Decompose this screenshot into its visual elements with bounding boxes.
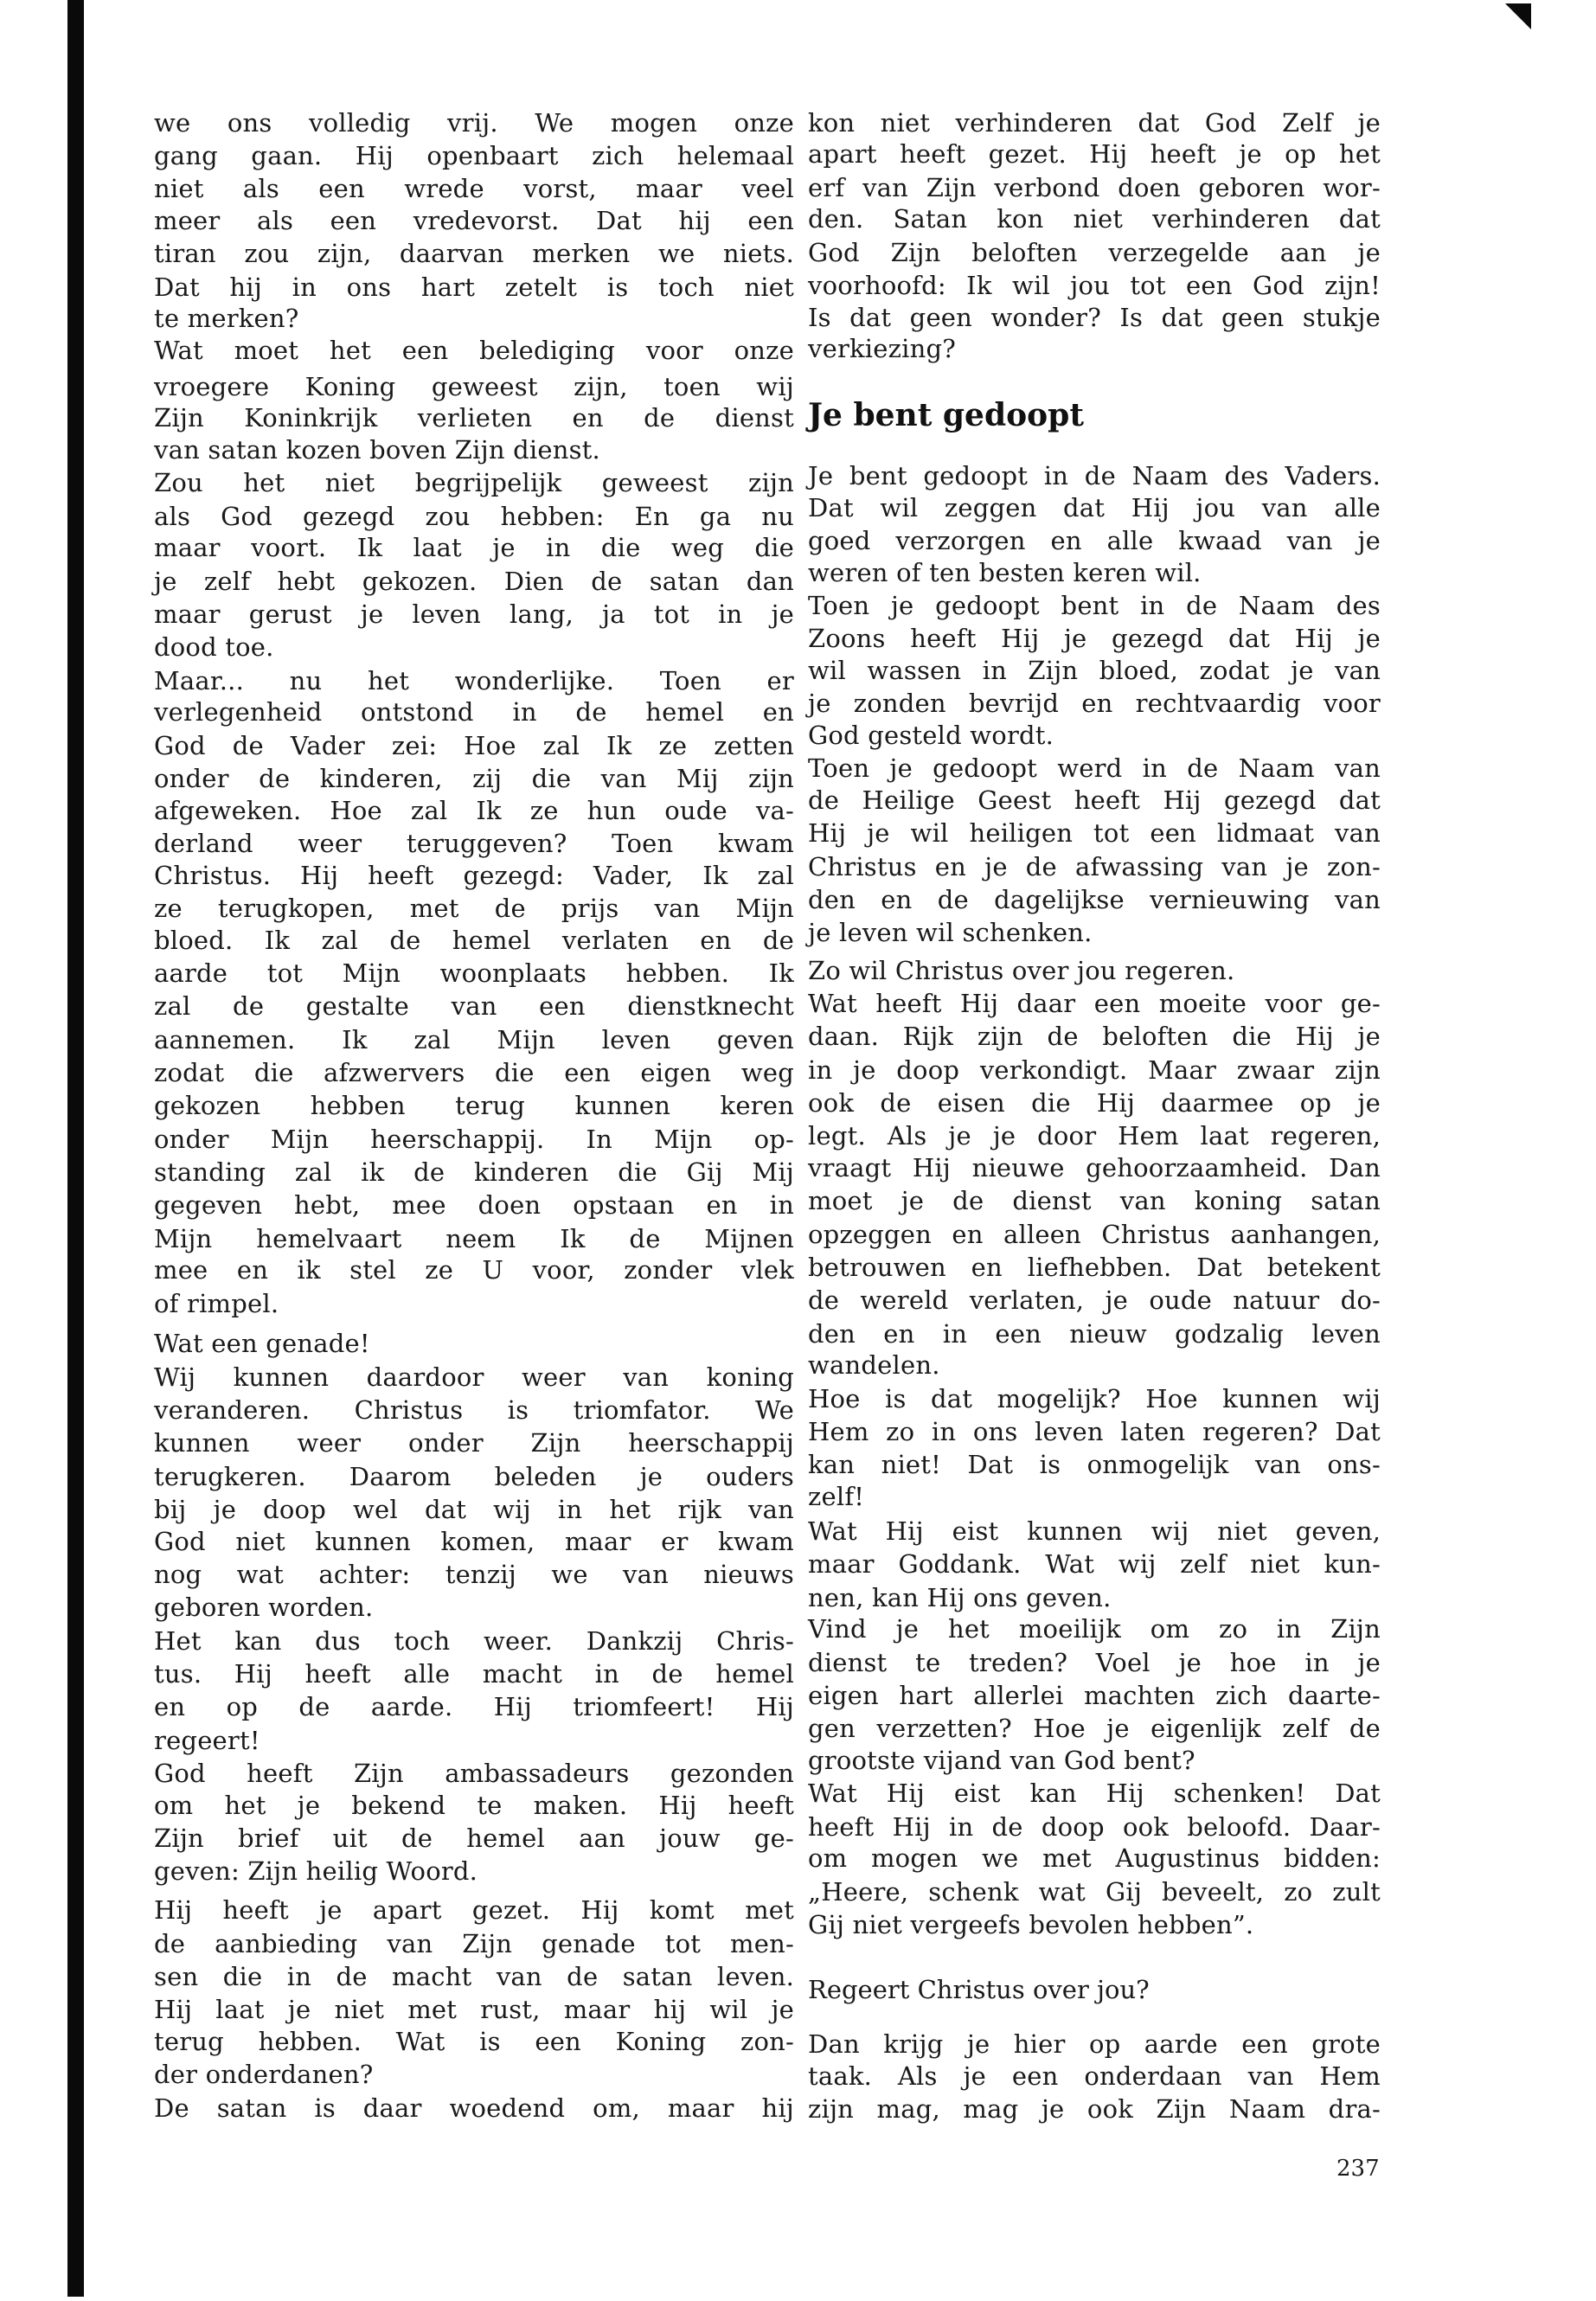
text-line: onder de kinderen, zij die van Mij zijn (154, 762, 794, 795)
text-line: Je bent gedoopt in de Naam des Vaders. (808, 459, 1381, 492)
text-line: we ons volledig vrij. We mogen onze (154, 106, 794, 139)
text-line: God Zijn beloften verzegelde aan je (808, 236, 1381, 269)
text-line: Hoe is dat mogelijk? Hoe kunnen wij (808, 1382, 1381, 1415)
text-line: dienst te treden? Voel je hoe in je (808, 1646, 1381, 1679)
text-line: als God gezegd zou hebben: En ga nu (154, 500, 794, 533)
text-line: Hem zo in ons leven laten regeren? Dat (808, 1415, 1381, 1448)
text-line: Zo wil Christus over jou regeren. (808, 954, 1381, 987)
text-line: de wereld verlaten, je oude natuur do- (808, 1284, 1381, 1317)
text-line: grootste vijand van God bent? (808, 1744, 1381, 1777)
text-line: Zijn brief uit de hemel aan jouw ge- (154, 1822, 794, 1855)
text-line: moet je de dienst van koning satan (808, 1184, 1381, 1217)
text-line: Christus. Hij heeft gezegd: Vader, Ik za… (154, 859, 794, 892)
text-line: je zonden bevrijd en rechtvaardig voor (808, 687, 1381, 720)
text-line: terugkeren. Daarom beleden je ouders (154, 1460, 794, 1493)
text-line: geboren worden. (154, 1591, 794, 1624)
text-line: terug hebben. Wat is een Koning zon- (154, 2025, 794, 2058)
text-line: Hij heeft je apart gezet. Hij komt met (154, 1894, 794, 1926)
text-line: wandelen. (808, 1349, 1381, 1381)
text-line: om mogen we met Augustinus bidden: (808, 1842, 1381, 1875)
page-number: 237 (1336, 2156, 1380, 2182)
text-line: gegeven hebt, mee doen opstaan en in (154, 1189, 794, 1221)
text-line: of rimpel. (154, 1287, 794, 1320)
text-line: De satan is daar woedend om, maar hij (154, 2092, 794, 2125)
text-line: zodat die afzwervers die een eigen weg (154, 1056, 794, 1089)
text-line: God gesteld wordt. (808, 719, 1381, 752)
text-line: maar Goddank. Wat wij zelf niet kun- (808, 1548, 1381, 1580)
text-line: opzeggen en alleen Christus aanhangen, (808, 1218, 1381, 1251)
text-line: Wat Hij eist kan Hij schenken! Dat (808, 1777, 1381, 1810)
text-line: sen die in de macht van de satan leven. (154, 1960, 794, 1993)
text-line: Vind je het moeilijk om zo in Zijn (808, 1612, 1381, 1645)
text-line: eigen hart allerlei machten zich daarte- (808, 1679, 1381, 1712)
text-line: daan. Rijk zijn de beloften die Hij je (808, 1020, 1381, 1053)
text-line: Mijn hemelvaart neem Ik de Mijnen (154, 1222, 794, 1255)
text-line: betrouwen en liefhebben. Dat betekent (808, 1251, 1381, 1284)
text-line: ze terugkopen, met de prijs van Mijn (154, 892, 794, 925)
text-line: bloed. Ik zal de hemel verlaten en de (154, 924, 794, 957)
text-line: tiran zou zijn, daarvan merken we niets. (154, 237, 794, 270)
text-line: verkiezing? (808, 332, 1381, 365)
text-line: heeft Hij in de doop ook beloofd. Daar- (808, 1811, 1381, 1843)
text-line: de Heilige Geest heeft Hij gezegd dat (808, 784, 1381, 817)
text-line: kunnen weer onder Zijn heerschappij (154, 1426, 794, 1459)
text-line: bij je doop wel dat wij in het rijk van (154, 1493, 794, 1526)
text-line: regeert! (154, 1724, 794, 1757)
text-line: derland weer teruggeven? Toen kwam (154, 827, 794, 860)
text-line: aannemen. Ik zal Mijn leven geven (154, 1023, 794, 1056)
text-line: Zijn Koninkrijk verlieten en de dienst (154, 401, 794, 434)
text-line: nen, kan Hij ons geven. (808, 1581, 1381, 1614)
text-line: meer als een vredevorst. Dat hij een (154, 204, 794, 237)
text-line: je leven wil schenken. (808, 916, 1381, 949)
text-line: in je doop verkondigt. Maar zwaar zijn (808, 1054, 1381, 1086)
text-line: te merken? (154, 302, 794, 335)
text-line: gen verzetten? Hoe je eigenlijk zelf de (808, 1712, 1381, 1745)
text-line: Maar... nu het wonderlijke. Toen er (154, 664, 794, 697)
text-line: van satan kozen boven Zijn dienst. (154, 433, 794, 466)
text-line: voorhoofd: Ik wil jou tot een God zijn! (808, 269, 1381, 302)
text-line: Christus en je de afwassing van je zon- (808, 850, 1381, 883)
text-line: ook de eisen die Hij daarmee op je (808, 1086, 1381, 1119)
text-line: tus. Hij heeft alle macht in de hemel (154, 1657, 794, 1690)
text-line: vroegere Koning geweest zijn, toen wij (154, 370, 794, 403)
text-line: den en de dagelijkse vernieuwing van (808, 883, 1381, 916)
text-line: aarde tot Mijn woonplaats hebben. Ik (154, 957, 794, 990)
text-line: Hij je wil heiligen tot een lidmaat van (808, 817, 1381, 849)
text-line: wil wassen in Zijn bloed, zodat je van (808, 654, 1381, 687)
text-line: God heeft Zijn ambassadeurs gezonden (154, 1757, 794, 1790)
text-line: goed verzorgen en alle kwaad van je (808, 524, 1381, 557)
text-line: Wat een genade! (154, 1327, 794, 1360)
text-line: Toen je gedoopt werd in de Naam van (808, 752, 1381, 785)
text-line: God niet kunnen komen, maar er kwam (154, 1525, 794, 1558)
text-line: gekozen hebben terug kunnen keren (154, 1089, 794, 1122)
text-line: maar voort. Ik laat je in die weg die (154, 531, 794, 564)
text-line: den en in een nieuw godzalig leven (808, 1317, 1381, 1350)
text-line: legt. Als je je door Hem laat regeren, (808, 1119, 1381, 1152)
text-line: verlegenheid ontstond in de hemel en (154, 695, 794, 728)
text-line: afgeweken. Hoe zal Ik ze hun oude va- (154, 794, 794, 827)
text-line: de aanbieding van Zijn genade tot men- (154, 1927, 794, 1960)
subsection-heading: Regeert Christus over jou? (808, 1973, 1150, 2006)
text-line: Toen je gedoopt bent in de Naam des (808, 589, 1381, 622)
text-line: weren of ten besten keren wil. (808, 556, 1381, 589)
text-line: gang gaan. Hij openbaart zich helemaal (154, 139, 794, 172)
section-heading: Je bent gedoopt (808, 396, 1084, 434)
text-line: kon niet verhinderen dat God Zelf je (808, 106, 1381, 139)
text-line: God de Vader zei: Hoe zal Ik ze zetten (154, 729, 794, 762)
text-line: standing zal ik de kinderen die Gij Mij (154, 1156, 794, 1189)
text-line: onder Mijn heerschappij. In Mijn op- (154, 1123, 794, 1156)
text-line: Dan krijg je hier op aarde een grote (808, 2028, 1381, 2061)
text-line: zijn mag, mag je ook Zijn Naam dra- (808, 2093, 1381, 2125)
text-line: Gij niet vergeefs bevolen hebben”. (808, 1908, 1381, 1941)
text-line: en op de aarde. Hij triomfeert! Hij (154, 1690, 794, 1723)
text-line: Wat heeft Hij daar een moeite voor ge- (808, 987, 1381, 1020)
text-line: vraagt Hij nieuwe gehoorzaamheid. Dan (808, 1151, 1381, 1184)
text-line: mee en ik stel ze U voor, zonder vlek (154, 1253, 794, 1286)
text-line: Het kan dus toch weer. Dankzij Chris- (154, 1625, 794, 1657)
text-line: dood toe. (154, 631, 794, 663)
text-line: geven: Zijn heilig Woord. (154, 1855, 794, 1888)
text-line: Zou het niet begrijpelijk geweest zijn (154, 466, 794, 499)
text-line: kan niet! Dat is onmogelijk van ons- (808, 1448, 1381, 1481)
text-line: maar gerust je leven lang, ja tot in je (154, 598, 794, 631)
text-line: apart heeft gezet. Hij heeft je op het (808, 138, 1381, 170)
text-line: veranderen. Christus is triomfator. We (154, 1394, 794, 1426)
text-line: zelf! (808, 1480, 1381, 1513)
text-line: je zelf hebt gekozen. Dien de satan dan (154, 565, 794, 598)
text-line: der onderdanen? (154, 2058, 794, 2091)
text-line: „Heere, schenk wat Gij beveelt, zo zult (808, 1875, 1381, 1908)
text-line: Wij kunnen daardoor weer van koning (154, 1361, 794, 1394)
text-line: niet als een wrede vorst, maar veel (154, 172, 794, 205)
text-line: erf van Zijn verbond doen geboren wor- (808, 171, 1381, 204)
text-line: taak. Als je een onderdaan van Hem (808, 2060, 1381, 2093)
text-line: om het je bekend te maken. Hij heeft (154, 1789, 794, 1822)
text-line: Is dat geen wonder? Is dat geen stukje (808, 301, 1381, 334)
text-line: zal de gestalte van een dienstknecht (154, 990, 794, 1022)
text-line: nog wat achter: tenzij we van nieuws (154, 1558, 794, 1591)
text-line: Hij laat je niet met rust, maar hij wil … (154, 1993, 794, 2026)
text-line: den. Satan kon niet verhinderen dat (808, 202, 1381, 235)
text-line: Wat Hij eist kunnen wij niet geven, (808, 1515, 1381, 1548)
text-line: Zoons heeft Hij je gezegd dat Hij je (808, 622, 1381, 655)
scan-edge-bar (67, 0, 84, 2297)
corner-triangle-mark (1505, 3, 1531, 29)
text-line: Dat hij in ons hart zetelt is toch niet (154, 271, 794, 304)
text-line: Wat moet het een belediging voor onze (154, 334, 794, 367)
text-line: Dat wil zeggen dat Hij jou van alle (808, 491, 1381, 524)
